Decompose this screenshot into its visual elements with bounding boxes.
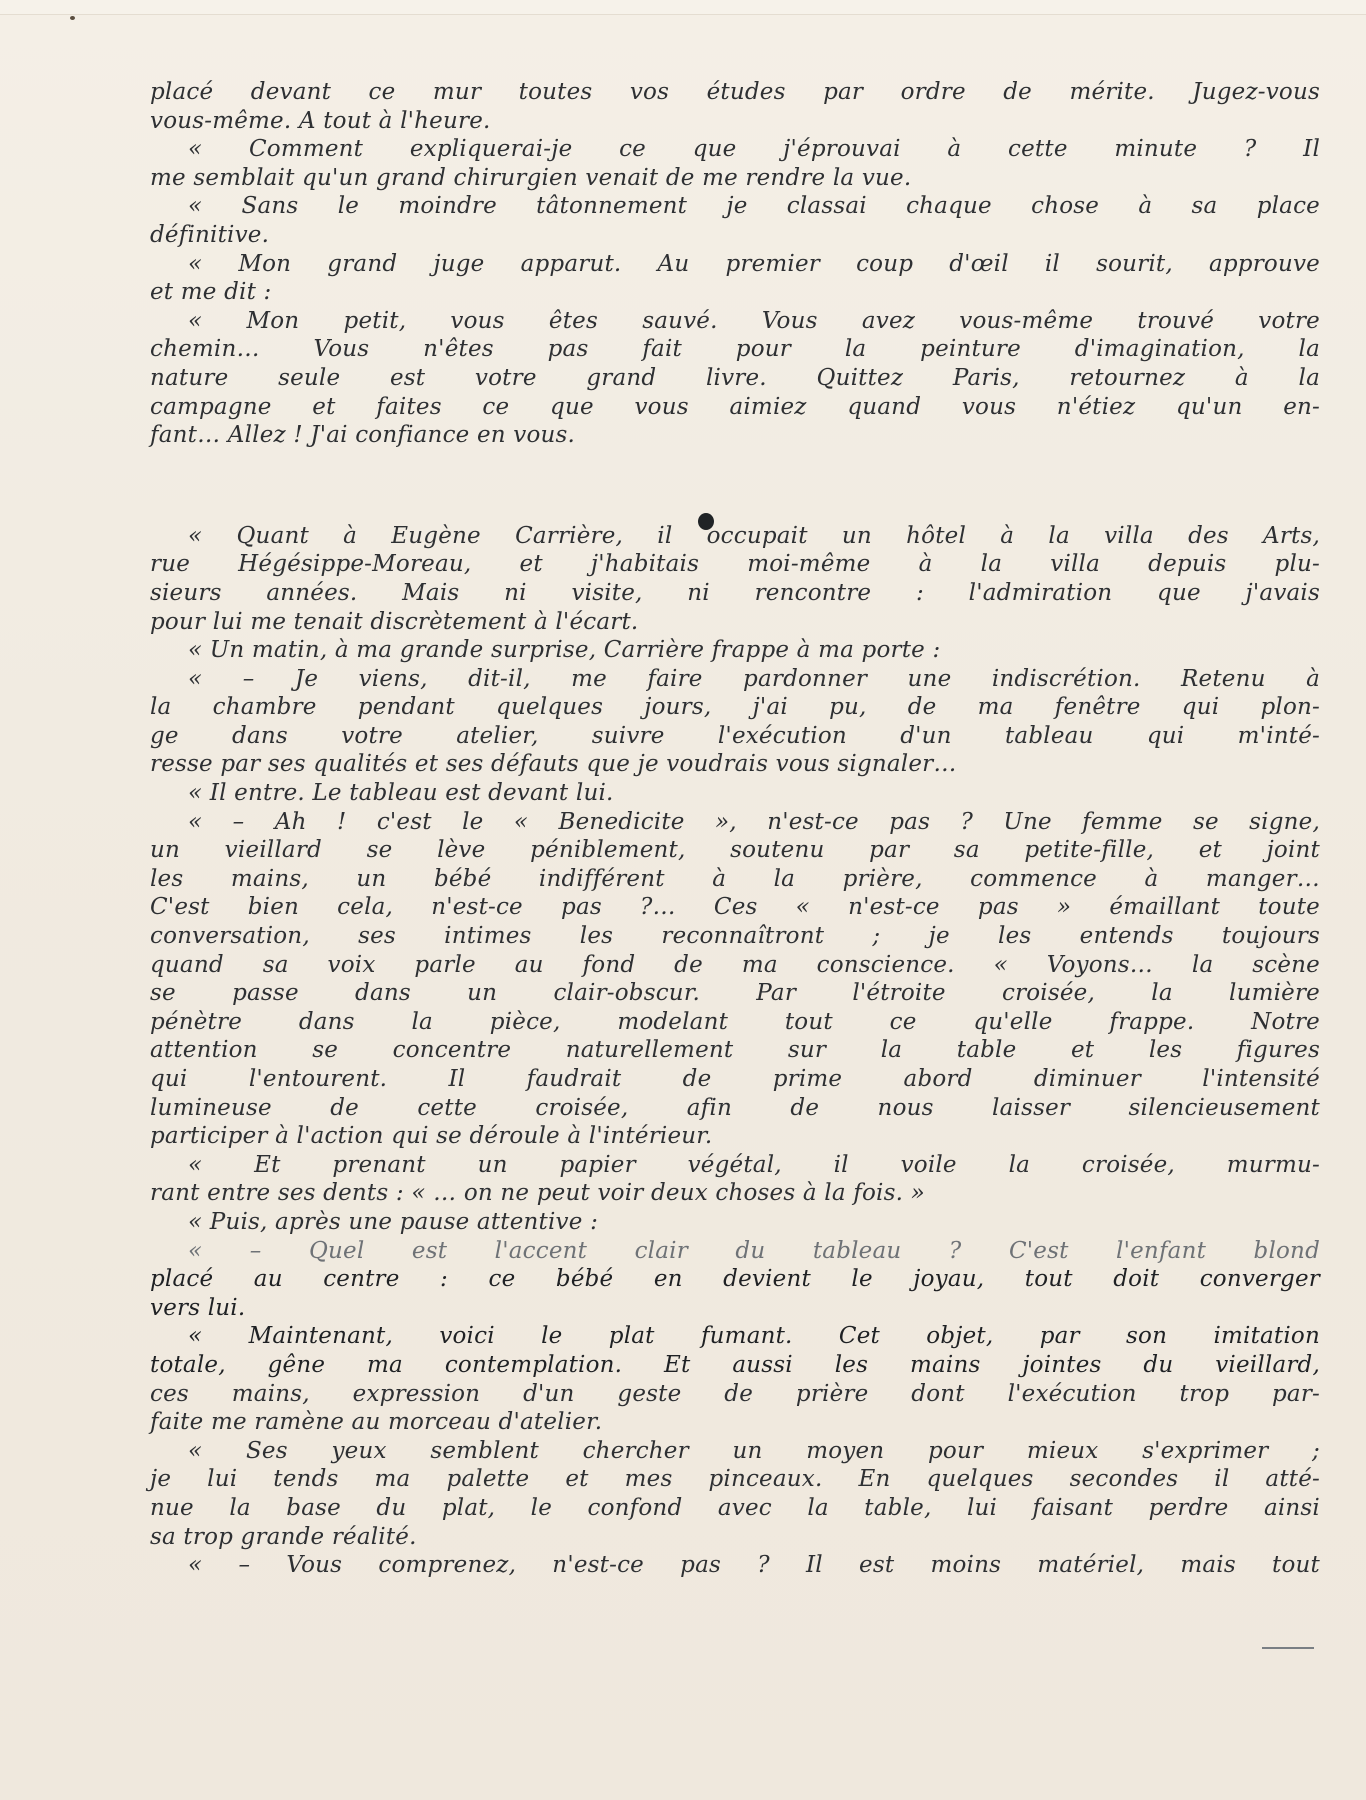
manuscript-line: « – Ah ! c'est le « Benedicite », n'est-… (150, 808, 1320, 837)
manuscript-line: C'est bien cela, n'est-ce pas ?… Ces « n… (150, 893, 1320, 922)
page-top-edge (0, 0, 1366, 15)
manuscript-line: se passe dans un clair-obscur. Par l'étr… (150, 979, 1320, 1008)
manuscript-line: nue la base du plat, le confond avec la … (150, 1494, 1320, 1523)
manuscript-line: resse par ses qualités et ses défauts qu… (150, 750, 1320, 779)
manuscript-line: conversation, ses intimes les reconnaîtr… (150, 922, 1320, 951)
manuscript-line: « Quant à Eugène Carrière, il occupait u… (150, 522, 1320, 551)
manuscript-line: « – Vous comprenez, n'est-ce pas ? Il es… (150, 1551, 1320, 1580)
manuscript-line: « – Je viens, dit-il, me faire pardonner… (150, 665, 1320, 694)
strikethrough-mark (1262, 1647, 1314, 1649)
manuscript-line: nature seule est votre grand livre. Quit… (150, 364, 1320, 393)
manuscript-line: sieurs années. Mais ni visite, ni rencon… (150, 579, 1320, 608)
manuscript-line: quand sa voix parle au fond de ma consci… (150, 951, 1320, 980)
manuscript-line: définitive. (150, 221, 1320, 250)
manuscript-line: vous-même. A tout à l'heure. (150, 107, 1320, 136)
manuscript-line: « Comment expliquerai-je ce que j'éprouv… (150, 135, 1320, 164)
section-gap (150, 450, 1320, 522)
section-separator-dot (698, 513, 714, 530)
manuscript-line: me semblait qu'un grand chirurgien venai… (150, 164, 1320, 193)
manuscript-line: sa trop grande réalité. (150, 1523, 1320, 1552)
manuscript-line: vers lui. (150, 1294, 1320, 1323)
manuscript-line: fant… Allez ! J'ai confiance en vous. (150, 421, 1320, 450)
manuscript-line: campagne et faites ce que vous aimiez qu… (150, 393, 1320, 422)
manuscript-line: pour lui me tenait discrètement à l'écar… (150, 608, 1320, 637)
manuscript-line: rant entre ses dents : « … on ne peut vo… (150, 1179, 1320, 1208)
manuscript-line: chemin… Vous n'êtes pas fait pour la pei… (150, 335, 1320, 364)
manuscript-line: placé au centre : ce bébé en devient le … (150, 1265, 1320, 1294)
text-block-1: placé devant ce mur toutes vos études pa… (150, 78, 1320, 450)
manuscript-line: « Et prenant un papier végétal, il voile… (150, 1151, 1320, 1180)
manuscript-line: ge dans votre atelier, suivre l'exécutio… (150, 722, 1320, 751)
manuscript-line: totale, gêne ma contemplation. Et aussi … (150, 1351, 1320, 1380)
manuscript-line: « Mon petit, vous êtes sauvé. Vous avez … (150, 307, 1320, 336)
manuscript-line: « Maintenant, voici le plat fumant. Cet … (150, 1322, 1320, 1351)
manuscript-text: placé devant ce mur toutes vos études pa… (150, 78, 1320, 1580)
manuscript-line: la chambre pendant quelques jours, j'ai … (150, 693, 1320, 722)
manuscript-line: placé devant ce mur toutes vos études pa… (150, 78, 1320, 107)
text-block-2: « Quant à Eugène Carrière, il occupait u… (150, 522, 1320, 1580)
manuscript-line: participer à l'action qui se déroule à l… (150, 1122, 1320, 1151)
manuscript-line: qui l'entourent. Il faudrait de prime ab… (150, 1065, 1320, 1094)
manuscript-page: placé devant ce mur toutes vos études pa… (0, 0, 1366, 1800)
manuscript-line: les mains, un bébé indifférent à la priè… (150, 865, 1320, 894)
manuscript-line: et me dit : (150, 278, 1320, 307)
manuscript-line: lumineuse de cette croisée, afin de nous… (150, 1094, 1320, 1123)
manuscript-line: « Sans le moindre tâtonnement je classai… (150, 192, 1320, 221)
manuscript-line: un vieillard se lève péniblement, souten… (150, 836, 1320, 865)
manuscript-line: je lui tends ma palette et mes pinceaux.… (150, 1465, 1320, 1494)
manuscript-line: attention se concentre naturellement sur… (150, 1036, 1320, 1065)
paper-speck (70, 16, 75, 20)
manuscript-line: faite me ramène au morceau d'atelier. (150, 1408, 1320, 1437)
manuscript-line: « – Quel est l'accent clair du tableau ?… (150, 1237, 1320, 1266)
manuscript-line: « Un matin, à ma grande surprise, Carriè… (150, 636, 1320, 665)
manuscript-line: « Ses yeux semblent chercher un moyen po… (150, 1437, 1320, 1466)
manuscript-line: rue Hégésippe-Moreau, et j'habitais moi-… (150, 550, 1320, 579)
manuscript-line: ces mains, expression d'un geste de priè… (150, 1380, 1320, 1409)
manuscript-line: pénètre dans la pièce, modelant tout ce … (150, 1008, 1320, 1037)
manuscript-line: « Il entre. Le tableau est devant lui. (150, 779, 1320, 808)
manuscript-line: « Puis, après une pause attentive : (150, 1208, 1320, 1237)
manuscript-line: « Mon grand juge apparut. Au premier cou… (150, 250, 1320, 279)
